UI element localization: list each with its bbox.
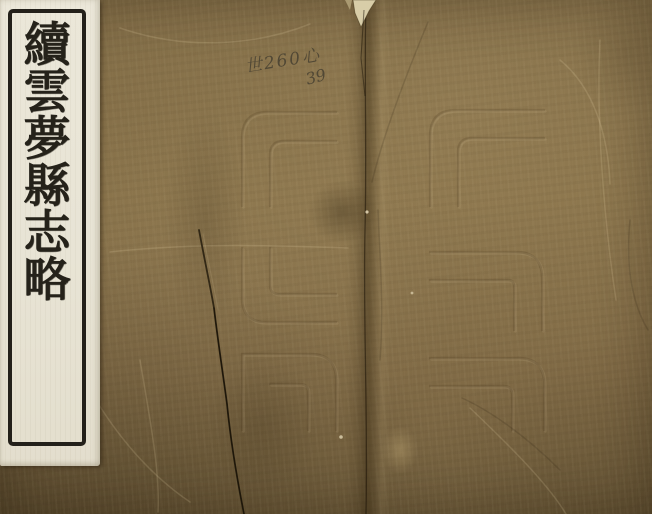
torn-notch — [345, 0, 376, 96]
embossed-watermark — [242, 110, 545, 431]
paper-specks — [339, 210, 413, 438]
book-cover: 續 雲 夢 縣 志 略 世260心 39 — [0, 0, 652, 514]
title-label: 續 雲 夢 縣 志 略 — [0, 0, 100, 466]
scanned-book-cover-page: 續 雲 夢 縣 志 略 世260心 39 — [0, 0, 652, 514]
crease-lines-dark — [372, 22, 648, 470]
title-character: 略 — [24, 257, 71, 304]
fold-line — [365, 0, 367, 514]
crack-line — [199, 230, 244, 514]
title-character: 雲 — [24, 69, 71, 116]
title-character: 續 — [24, 22, 71, 69]
title-character: 夢 — [24, 116, 71, 163]
title-character: 志 — [24, 210, 71, 257]
title-character: 縣 — [24, 163, 71, 210]
crease-lines-light — [60, 24, 616, 514]
title-label-border: 續 雲 夢 縣 志 略 — [8, 9, 86, 446]
